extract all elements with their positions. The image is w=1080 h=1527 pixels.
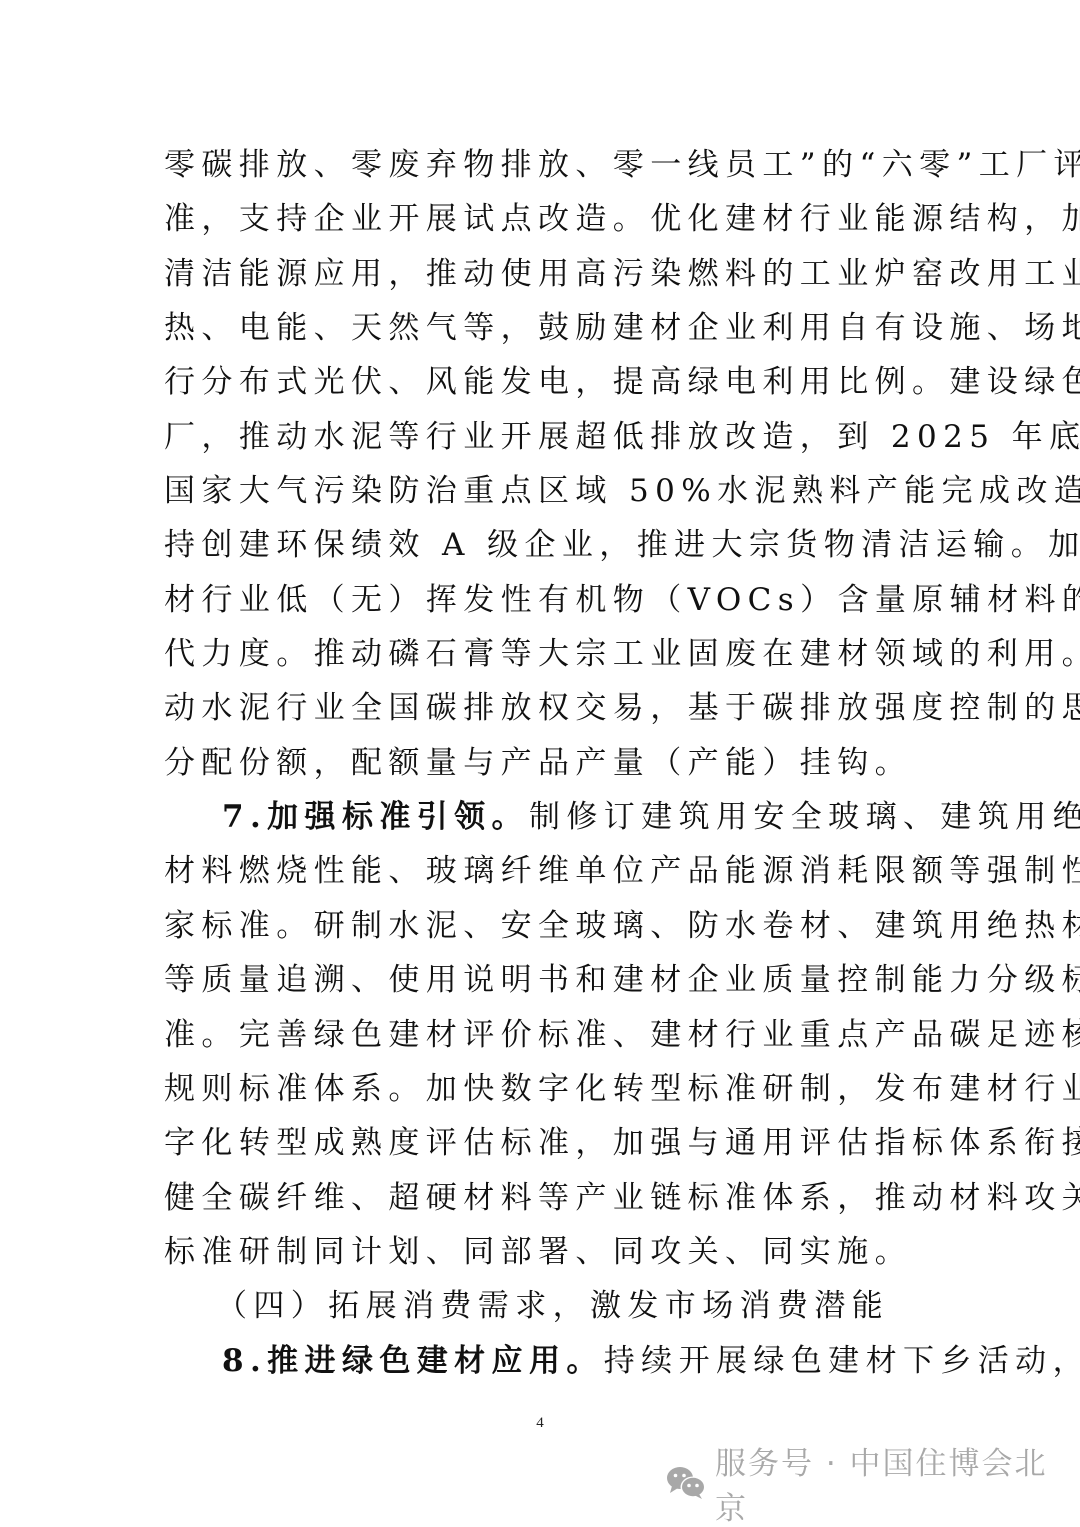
body-line: 字化转型成熟度评估标准，加强与通用评估指标体系衔接。	[164, 1116, 916, 1170]
body-line: 家标准。研制水泥、安全玻璃、防水卷材、建筑用绝热材料	[164, 899, 916, 953]
page-number: 4	[0, 1415, 1080, 1432]
item-heading-text: 制修订建筑用安全玻璃、建筑用绝热	[529, 799, 1080, 835]
body-line: 国家大气污染防治重点区域 50%水泥熟料产能完成改造。支	[164, 464, 916, 518]
body-line: 健全碳纤维、超硬材料等产业链标准体系，推动材料攻关与	[164, 1171, 916, 1225]
body-line: 清洁能源应用，推动使用高污染燃料的工业炉窑改用工业余	[164, 247, 916, 301]
body-line: 热、电能、天然气等，鼓励建材企业利用自有设施、场地进	[164, 301, 916, 355]
body-line: 等质量追溯、使用说明书和建材企业质量控制能力分级标	[164, 953, 916, 1007]
body-line: 规则标准体系。加快数字化转型标准研制，发布建材行业数	[164, 1062, 916, 1116]
body-line: 准。完善绿色建材评价标准、建材行业重点产品碳足迹核算	[164, 1008, 916, 1062]
body-line: 零碳排放、零废弃物排放、零一线员工”的“六零”工厂评价标	[164, 138, 916, 192]
body-line: 材行业低（无）挥发性有机物（VOCs）含量原辅材料的替	[164, 573, 916, 627]
section-heading: （四）拓展消费需求，激发市场消费潜能	[164, 1279, 916, 1333]
item-heading-line: 7.加强标准引领。制修订建筑用安全玻璃、建筑用绝热	[164, 790, 916, 844]
item-heading: 7.加强标准引领。	[222, 799, 529, 835]
body-line: 代力度。推动磷石膏等大宗工业固废在建材领域的利用。启	[164, 627, 916, 681]
body-line: 行分布式光伏、风能发电，提高绿电利用比例。建设绿色工	[164, 355, 916, 409]
body-line: 材料燃烧性能、玻璃纤维单位产品能源消耗限额等强制性国	[164, 844, 916, 898]
body-line: 标准研制同计划、同部署、同攻关、同实施。	[164, 1225, 916, 1279]
watermark-text: 服务号 · 中国住博会北京	[715, 1438, 1080, 1527]
item-heading: 8.推进绿色建材应用。	[222, 1343, 604, 1379]
body-line: 分配份额，配额量与产品产量（产能）挂钩。	[164, 736, 916, 790]
item-heading-text: 持续开展绿色建材下乡活动，鼓	[604, 1343, 1080, 1379]
item-heading-line: 8.推进绿色建材应用。持续开展绿色建材下乡活动，鼓	[164, 1334, 916, 1388]
wechat-icon	[665, 1465, 707, 1501]
body-line: 动水泥行业全国碳排放权交易，基于碳排放强度控制的思路	[164, 681, 916, 735]
body-line: 持创建环保绩效 A 级企业，推进大宗货物清洁运输。加大建	[164, 518, 916, 572]
body-line: 厂，推动水泥等行业开展超低排放改造，到 2025 年底前，	[164, 410, 916, 464]
body-line: 准，支持企业开展试点改造。优化建材行业能源结构，加快	[164, 192, 916, 246]
document-body: 零碳排放、零废弃物排放、零一线员工”的“六零”工厂评价标 准，支持企业开展试点改…	[164, 138, 924, 1388]
document-page: 零碳排放、零废弃物排放、零一线员工”的“六零”工厂评价标 准，支持企业开展试点改…	[0, 0, 1080, 1527]
watermark: 服务号 · 中国住博会北京	[665, 1460, 1080, 1506]
